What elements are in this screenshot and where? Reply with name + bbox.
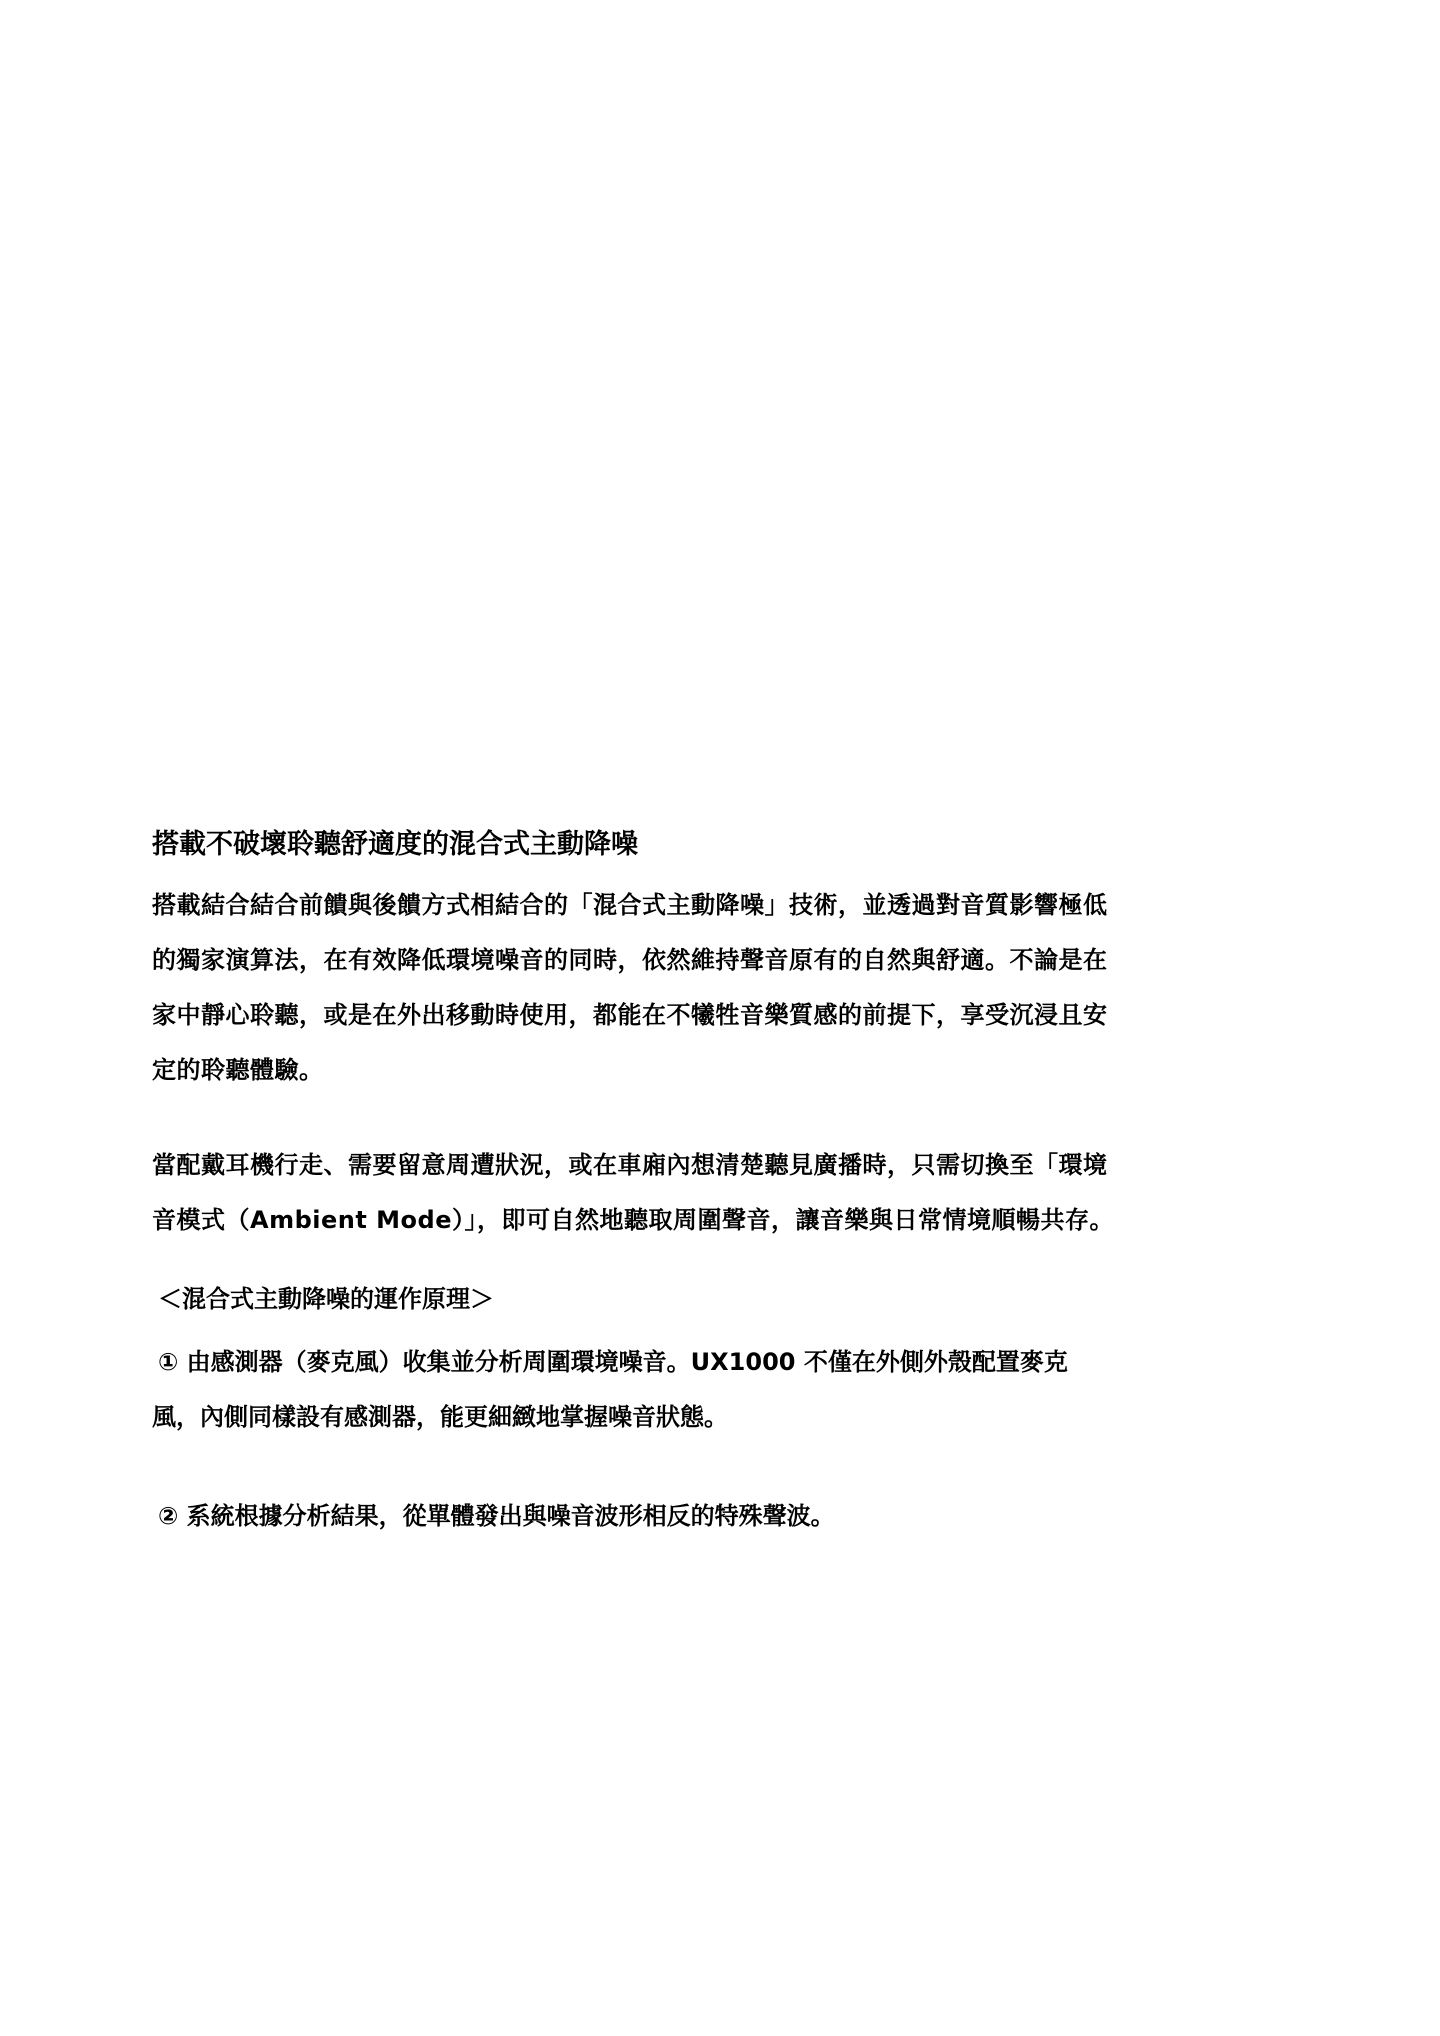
paragraph-line: 音模式（Ambient Mode）」，即可自然地聽取周圍聲音，讓音樂與日常情境順… bbox=[152, 1193, 1292, 1248]
spacer bbox=[152, 1327, 1292, 1335]
spacer bbox=[152, 1248, 1292, 1272]
section-heading: 搭載不破壞聆聽舒適度的混合式主動降噪 bbox=[152, 822, 1292, 868]
document-page: 搭載不破壞聆聽舒適度的混合式主動降噪 搭載結合結合前饋與後饋方式相結合的「混合式… bbox=[0, 0, 1440, 2036]
step-2: ② 系統根據分析結果，從單體發出與噪音波形相反的特殊聲波。 bbox=[152, 1489, 1292, 1544]
step-line: ② 系統根據分析結果，從單體發出與噪音波形相反的特殊聲波。 bbox=[152, 1489, 1292, 1544]
paragraph-line: 家中靜心聆聽，或是在外出移動時使用，都能在不犧牲音樂質感的前提下，享受沉浸且安 bbox=[152, 988, 1292, 1043]
document-content: 搭載不破壞聆聽舒適度的混合式主動降噪 搭載結合結合前饋與後饋方式相結合的「混合式… bbox=[152, 822, 1292, 1544]
step-line: 風，內側同樣設有感測器，能更細緻地掌握噪音狀態。 bbox=[152, 1390, 1292, 1445]
paragraph-line: 搭載結合結合前饋與後饋方式相結合的「混合式主動降噪」技術，並透過對音質影響極低 bbox=[152, 878, 1292, 933]
step-1: ① 由感測器（麥克風）收集並分析周圍環境噪音。UX1000 不僅在外側外殼配置麥… bbox=[152, 1335, 1292, 1445]
subheading-how-it-works: ＜混合式主動降噪的運作原理＞ bbox=[152, 1272, 1292, 1327]
paragraph-ambient-mode: 當配戴耳機行走、需要留意周遭狀況，或在車廂內想清楚聽見廣播時，只需切換至「環境 … bbox=[152, 1138, 1292, 1248]
paragraph-hybrid-anc: 搭載結合結合前饋與後饋方式相結合的「混合式主動降噪」技術，並透過對音質影響極低 … bbox=[152, 878, 1292, 1098]
spacer bbox=[152, 1445, 1292, 1489]
step-line: ① 由感測器（麥克風）收集並分析周圍環境噪音。UX1000 不僅在外側外殼配置麥… bbox=[152, 1335, 1292, 1390]
spacer bbox=[152, 1098, 1292, 1138]
paragraph-line: 的獨家演算法，在有效降低環境噪音的同時，依然維持聲音原有的自然與舒適。不論是在 bbox=[152, 933, 1292, 988]
paragraph-line: 當配戴耳機行走、需要留意周遭狀況，或在車廂內想清楚聽見廣播時，只需切換至「環境 bbox=[152, 1138, 1292, 1193]
paragraph-line: 定的聆聽體驗。 bbox=[152, 1043, 1292, 1098]
